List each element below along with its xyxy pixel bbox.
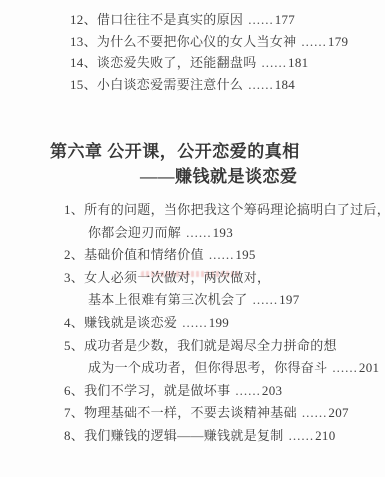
leader-dots: ...... <box>235 383 261 398</box>
chapter-heading: 第六章 公开课，公开恋爱的真相 ——赚钱就是谈恋爱 <box>0 139 385 189</box>
leader-dots: ...... <box>186 225 212 240</box>
toc-entry: 1、所有的问题，当你把我这个筹码理论搞明白了过后， <box>0 199 385 222</box>
toc-entry-continuation: 成为一个成功者，但你得思考，你得奋斗......201 <box>0 357 385 380</box>
toc-entry: 3、女人必须一次做对，两次做对， <box>0 267 385 290</box>
entry-text: 13、为什么不要把你心仪的女人当女神 <box>70 34 296 49</box>
entry-text: 你都会迎刃而解 <box>88 225 181 240</box>
leader-dots: ...... <box>248 12 274 27</box>
toc-entry: 6、我们不学习，就是做坏事......203 <box>0 380 385 403</box>
entry-text: 12、借口往往不是真实的原因 <box>70 12 243 27</box>
entry-text: 1、所有的问题，当你把我这个筹码理论搞明白了过后， <box>64 202 385 217</box>
toc-entry: 12、借口往往不是真实的原因......177 <box>0 9 385 31</box>
page-number: 197 <box>279 292 299 307</box>
toc-entry-continuation: 你都会迎刃而解......193 <box>0 222 385 245</box>
entry-text: 4、赚钱就是谈恋爱 <box>64 315 177 330</box>
page-number: 207 <box>328 405 348 420</box>
leader-dots: ...... <box>302 405 328 420</box>
page-number: 210 <box>315 428 335 443</box>
page-number: 195 <box>235 247 255 262</box>
page-number: 201 <box>359 360 379 375</box>
leader-dots: ...... <box>262 55 288 70</box>
toc-entry: 2、基础价值和情绪价值......195 <box>0 244 385 267</box>
toc-entry-continuation: 基本上很难有第三次机会了......197 <box>0 289 385 312</box>
book-toc-page: 12、借口往往不是真实的原因......177 13、为什么不要把你心仪的女人当… <box>0 0 385 477</box>
entry-text: 3、女人必须一次做对，两次做对， <box>64 270 270 285</box>
leader-dots: ...... <box>253 292 279 307</box>
entry-text: 基本上很难有第三次机会了 <box>88 292 248 307</box>
toc-entry: 13、为什么不要把你心仪的女人当女神......179 <box>0 31 385 53</box>
page-number: 181 <box>288 55 308 70</box>
page-number: 199 <box>209 315 229 330</box>
leader-dots: ...... <box>332 360 358 375</box>
toc-list-previous-chapter: 12、借口往往不是真实的原因......177 13、为什么不要把你心仪的女人当… <box>0 9 385 95</box>
entry-text: 8、我们赚钱的逻辑——赚钱就是复制 <box>64 428 284 443</box>
toc-entry: 7、物理基础不一样，不要去谈精神基础......207 <box>0 402 385 425</box>
entry-text: 2、基础价值和情绪价值 <box>64 247 204 262</box>
toc-entry: 8、我们赚钱的逻辑——赚钱就是复制......210 <box>0 425 385 448</box>
chapter-title-line2: ——赚钱就是谈恋爱 <box>0 164 385 189</box>
entry-text: 5、成功者是少数，我们就是竭尽全力拼命的想 <box>64 338 337 353</box>
entry-text: 成为一个成功者，但你得思考，你得奋斗 <box>88 360 327 375</box>
toc-list-chapter-six: 1、所有的问题，当你把我这个筹码理论搞明白了过后， 你都会迎刃而解......1… <box>0 199 385 448</box>
entry-text: 6、我们不学习，就是做坏事 <box>64 383 230 398</box>
entry-text: 15、小白谈恋爱需要注意什么 <box>70 77 243 92</box>
page-number: 193 <box>213 225 233 240</box>
toc-entry: 5、成功者是少数，我们就是竭尽全力拼命的想 <box>0 335 385 358</box>
page-number: 184 <box>275 77 295 92</box>
leader-dots: ...... <box>248 77 274 92</box>
page-number: 179 <box>328 34 348 49</box>
page-number: 177 <box>275 12 295 27</box>
chapter-title-line1: 第六章 公开课，公开恋爱的真相 <box>0 139 385 164</box>
leader-dots: ...... <box>182 315 208 330</box>
toc-entry: 15、小白谈恋爱需要注意什么......184 <box>0 74 385 96</box>
toc-entry: 14、谈恋爱失败了，还能翻盘吗......181 <box>0 52 385 74</box>
leader-dots: ...... <box>209 247 235 262</box>
leader-dots: ...... <box>301 34 327 49</box>
entry-text: 7、物理基础不一样，不要去谈精神基础 <box>64 405 297 420</box>
leader-dots: ...... <box>289 428 315 443</box>
entry-text: 14、谈恋爱失败了，还能翻盘吗 <box>70 55 257 70</box>
toc-entry: 4、赚钱就是谈恋爱......199 <box>0 312 385 335</box>
page-number: 203 <box>262 383 282 398</box>
